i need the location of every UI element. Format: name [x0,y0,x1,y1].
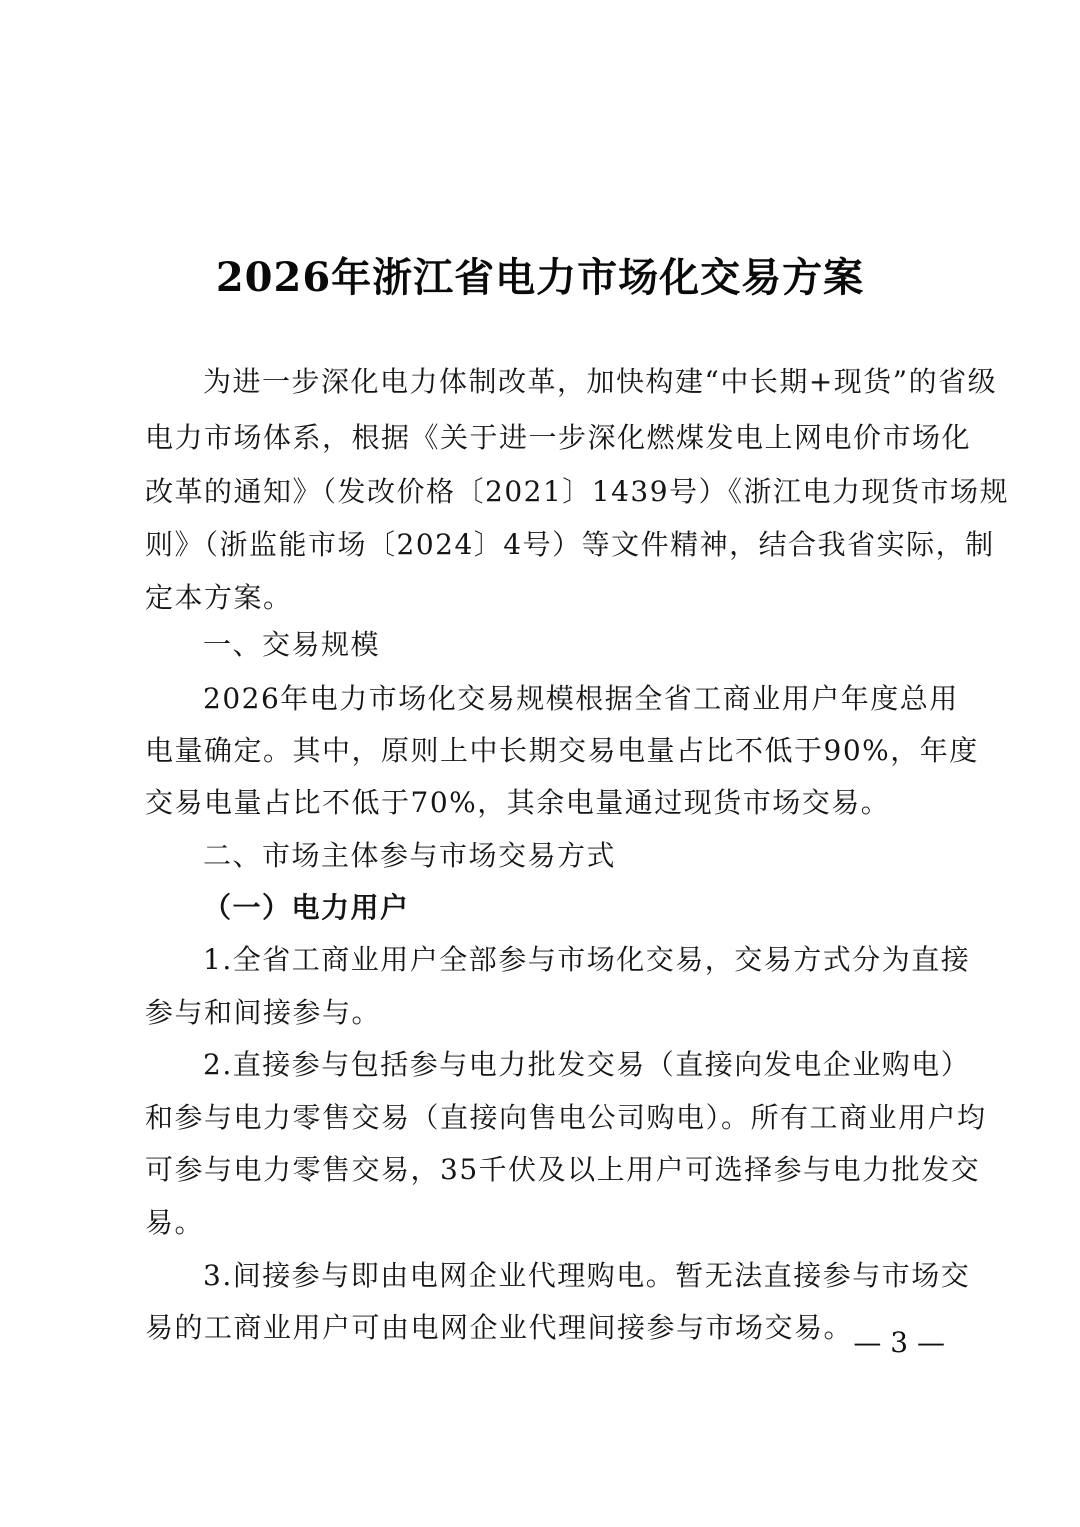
section-1-heading: 一、交易规模 [203,617,945,673]
intro-line-3: 改革的通知》（发改价格〔2021〕1439号）《浙江电力现货市场规 [145,464,945,520]
section-1-line-3: 交易电量占比不低于70%，其余电量通过现货市场交易。 [145,775,945,831]
section-2-heading: 二、市场主体参与市场交易方式 [203,828,945,884]
item-2-line-1: 2.直接参与包括参与电力批发交易（直接向发电企业购电） [203,1037,945,1093]
item-1-line-2: 参与和间接参与。 [145,985,945,1041]
document-title: 2026年浙江省电力市场化交易方案 [0,246,1080,303]
intro-line-2: 电力市场体系，根据《关于进一步深化燃煤发电上网电价市场化 [145,410,945,466]
intro-line-4: 则》（浙监能市场〔2024〕4号）等文件精神，结合我省实际，制 [145,517,945,573]
item-1-line-1: 1.全省工商业用户全部参与市场化交易，交易方式分为直接 [203,932,945,988]
document-page: 2026年浙江省电力市场化交易方案 为进一步深化电力体制改革，加快构建“中长期+… [0,0,1080,1527]
page-number: — 3 — [820,1318,945,1368]
item-3-line-1: 3.间接参与即由电网企业代理购电。暂无法直接参与市场交 [203,1248,945,1304]
item-2-line-2: 和参与电力零售交易（直接向售电公司购电）。所有工商业用户均 [145,1090,945,1146]
subsection-1-heading: （一）电力用户 [203,880,945,936]
item-2-line-4: 易。 [145,1195,945,1251]
section-1-line-2: 电量确定。其中，原则上中长期交易电量占比不低于90%，年度 [145,723,945,779]
item-2-line-3: 可参与电力零售交易，35千伏及以上用户可选择参与电力批发交 [145,1142,945,1198]
intro-line-1: 为进一步深化电力体制改革，加快构建“中长期+现货”的省级 [203,354,945,410]
section-1-line-1: 2026年电力市场化交易规模根据全省工商业用户年度总用 [203,671,945,727]
